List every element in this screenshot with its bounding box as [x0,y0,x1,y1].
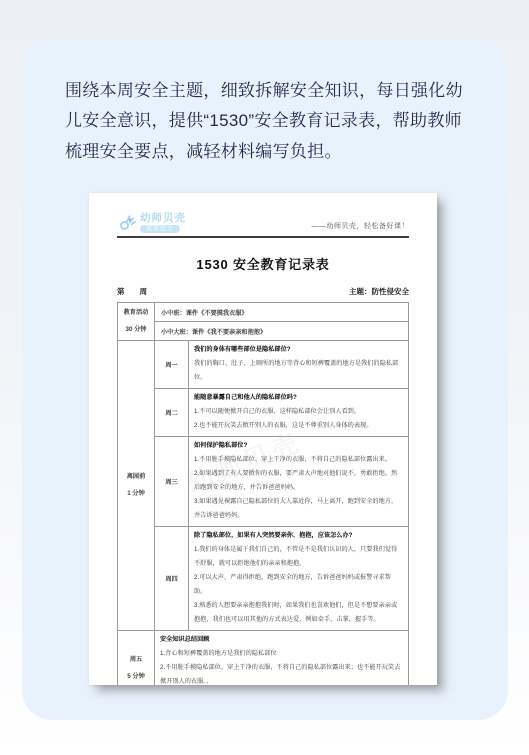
before-leave-label-cell: 离园前 1 分钟 [118,341,155,631]
activity-label-cell: 教育活动 30 分钟 [118,303,155,341]
table-row-friday: 周五 5 分钟 安全知识总结回顾 1.背心和短裤覆盖的地方是我们的隐私部位 2.… [118,631,409,686]
record-table: 教育活动 30 分钟 小中班：课件《不要摸我衣服》 小中大班：课件《我不要亲亲和… [117,302,409,685]
ok-hand-icon [117,213,137,233]
brand-logo: 幼师贝壳 宝宝巴士 [117,213,186,234]
table-row-wednesday: 周三 如何保护隐私部位? 1.不用脏手摸隐私部位、穿上干净的衣服，不将自己的隐私… [118,437,409,527]
brand-name: 幼师贝壳 [140,213,186,224]
wednesday-question: 如何保护隐私部位? [194,439,403,453]
thursday-detail: 1.我们的身体是属于我们自己的，不管是不是我们认识的人，只要我们觉得不舒服，就可… [194,543,403,627]
wednesday-content: 如何保护隐私部位? 1.不用脏手摸隐私部位、穿上干净的衣服，不将自己的隐私部位露… [189,437,409,527]
monday-question: 我们的身体有哪些部位是隐私部位? [194,343,403,357]
document-preview[interactable]: 幼师贝壳 宝宝巴士 ——幼师贝壳，轻松备好课！ 1530 安全教育记录表 第 周… [89,193,437,685]
week-field: 第 周 [117,286,147,297]
monday-content: 我们的身体有哪些部位是隐私部位? 我们的胸口、肚子、上厕所的地方等背心和短裤覆盖… [189,341,409,389]
courseware-senior-cell: 小中大班：课件《我不要亲亲和抱抱》 [155,322,409,341]
friday-title: 安全知识总结回顾 [160,633,403,647]
tuesday-content: 能随意暴露自己和他人的隐私部位吗? 1.不可以随便掀开自己的衣服，这样隐私部位会… [189,389,409,437]
thursday-content: 除了隐私部位，如果有人突然要亲你、抱抱，应该怎么办? 1.我们的身体是属于我们自… [189,527,409,631]
tuesday-detail: 1.不可以随便掀开自己的衣服，这样隐私部位会让别人看到。 2.也不能开玩笑去掀开… [194,405,403,433]
monday-detail: 我们的胸口、肚子、上厕所的地方等背心和短裤覆盖的地方是我们的隐私部位。 [194,357,403,385]
friday-label-cell: 周五 5 分钟 [118,631,155,686]
wednesday-label: 周三 [155,437,189,527]
wednesday-detail: 1.不用脏手摸隐私部位、穿上干净的衣服，不将自己的隐私部位露出来。 2.如果遇到… [194,453,403,523]
page-background: 围绕本周安全主题，细致拆解安全知识，每日强化幼儿安全意识，提供“1530”安全教… [0,0,529,755]
courseware-junior-cell: 小中班：课件《不要摸我衣服》 [155,303,409,322]
friday-detail: 1.背心和短裤覆盖的地方是我们的隐私部位 2.不用脏手摸隐私部位、穿上干净的衣服… [160,647,403,685]
table-row-tuesday: 周二 能随意暴露自己和他人的隐私部位吗? 1.不可以随便掀开自己的衣服，这样隐私… [118,389,409,437]
table-row-activity: 教育活动 30 分钟 小中班：课件《不要摸我衣服》 [118,303,409,322]
brand-text: 幼师贝壳 宝宝巴士 [140,213,186,234]
doc-title: 1530 安全教育记录表 [117,254,409,273]
header-divider [117,236,409,238]
intro-text: 围绕本周安全主题，细致拆解安全知识，每日强化幼儿安全意识，提供“1530”安全教… [65,76,475,167]
brand-tagline: ——幼师贝壳，轻松备好课！ [312,221,410,233]
monday-label: 周一 [155,341,189,389]
thursday-question: 除了隐私部位，如果有人突然要亲你、抱抱，应该怎么办? [194,529,403,543]
brand-badge: 宝宝巴士 [140,225,180,233]
thursday-label: 周四 [155,527,189,631]
topic-field: 主题：防性侵安全 [349,286,409,297]
tuesday-question: 能随意暴露自己和他人的隐私部位吗? [194,391,403,405]
table-row-thursday: 周四 除了隐私部位，如果有人突然要亲你、抱抱，应该怎么办? 1.我们的身体是属于… [118,527,409,631]
friday-content: 安全知识总结回顾 1.背心和短裤覆盖的地方是我们的隐私部位 2.不用脏手摸隐私部… [155,631,409,686]
table-row-activity2: 小中大班：课件《我不要亲亲和抱抱》 [118,322,409,341]
table-row-monday: 离园前 1 分钟 周一 我们的身体有哪些部位是隐私部位? 我们的胸口、肚子、上厕… [118,341,409,389]
meta-row: 第 周 主题：防性侵安全 [117,286,409,297]
doc-header: 幼师贝壳 宝宝巴士 ——幼师贝壳，轻松备好课！ [117,203,409,233]
tuesday-label: 周二 [155,389,189,437]
